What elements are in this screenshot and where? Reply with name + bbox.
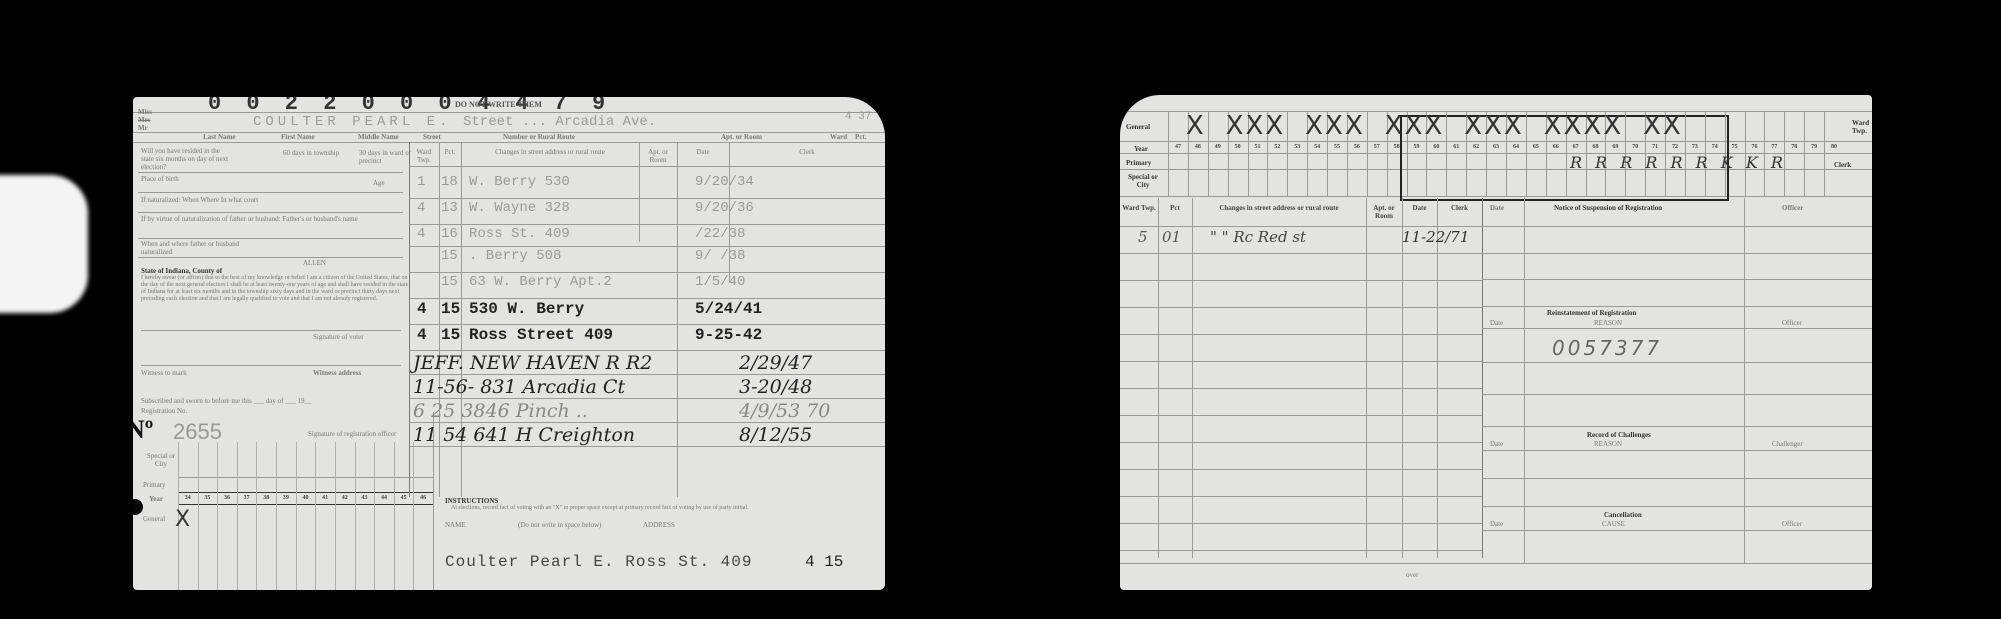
year-cell: 74 — [1705, 144, 1725, 150]
general-vote-mark: X — [1464, 111, 1482, 141]
year-cell: 68 — [1586, 144, 1606, 150]
address-cell: 63 W. Berry Apt.2 — [469, 274, 612, 290]
year-cell: 43 — [355, 495, 375, 501]
ward-cell: 4 — [417, 300, 427, 318]
suspension-officer-header: Officer — [1782, 204, 1803, 212]
table-row: 413W. Wayne 3289/20/36 — [409, 198, 885, 224]
grid-line — [315, 442, 316, 590]
year-cell: 38 — [256, 495, 276, 501]
table-header: Changes in street address or rural route — [1194, 204, 1364, 212]
label-first-name: First Name — [281, 133, 315, 141]
witness-address-label: Witness address — [313, 369, 361, 377]
label-street: Street — [423, 133, 441, 141]
year-cell: 77 — [1764, 144, 1784, 150]
pct-cell: 15 — [441, 326, 460, 344]
title-prefix-mr: Mr — [138, 124, 148, 132]
table-header: Date — [1404, 204, 1435, 212]
table-row: JEFF. NEW HAVEN R R22/29/47 — [409, 350, 885, 374]
table-row: 11-56- 831 Arcadia Ct3-20/48 — [409, 374, 885, 398]
reinstatement-reason-header: REASON — [1594, 319, 1622, 327]
voter-name-faded: COULTER PEARL E. — [253, 114, 451, 130]
question-when-where: When and where father or husband natural… — [141, 240, 241, 256]
grid-line — [355, 442, 356, 590]
general-vote-mark: X — [1226, 111, 1244, 141]
ward-label: Ward Twp. — [1852, 119, 1872, 135]
grid-line — [335, 442, 336, 590]
title-prefix-miss: Miss — [138, 108, 152, 116]
grid-line — [256, 442, 257, 590]
grid-line — [217, 442, 218, 590]
table-row: 118W. Berry 5309/20/34 — [409, 172, 885, 198]
grid-line — [1804, 111, 1805, 196]
table-row — [1120, 280, 1482, 307]
ward-cell: 4 — [417, 226, 425, 242]
date-cell: 1/5/40 — [695, 274, 745, 290]
instructions-title: INSTRUCTIONS — [445, 497, 498, 505]
year-cell: 72 — [1665, 144, 1685, 150]
question-naturalized: If naturalized: When Where In what court — [141, 196, 401, 204]
pct-cell: 18 — [441, 174, 458, 190]
address-cell: W. Berry 530 — [469, 174, 570, 190]
scan-artifact — [0, 175, 88, 313]
ward-cell: 1 — [417, 174, 425, 190]
year-cell: 71 — [1645, 144, 1665, 150]
challenges-title: Record of Challenges — [1587, 431, 1651, 439]
year-cell: 79 — [1804, 144, 1824, 150]
table-header: Ward Twp. — [411, 148, 437, 164]
year-cell: 58 — [1387, 144, 1407, 150]
reinstatement-officer-header: Officer — [1782, 319, 1802, 327]
cancellation-date-header: Date — [1490, 520, 1503, 528]
pct-cell: 16 — [441, 226, 458, 242]
year-cell: 53 — [1287, 144, 1307, 150]
pct-cell: 13 — [441, 200, 458, 216]
year-cell: 62 — [1466, 144, 1486, 150]
row-label-primary: Primary — [143, 481, 166, 489]
row-label-general: General — [1126, 123, 1150, 131]
table-row: 6 25 3846 Pinch ..4/9/53 70 — [409, 398, 885, 422]
year-cell: 60 — [1426, 144, 1446, 150]
general-vote-mark: X — [1643, 111, 1661, 141]
date-cell: 9/ /38 — [695, 248, 745, 264]
row-label-primary: Primary — [1126, 159, 1151, 167]
grid-line — [374, 442, 375, 590]
reinstatement-title: Reinstatement of Registration — [1547, 309, 1636, 317]
table-row — [1120, 442, 1482, 469]
general-vote-mark: X — [1484, 111, 1502, 141]
grid-line — [1208, 111, 1209, 196]
table-row — [1120, 469, 1482, 496]
year-cell: 35 — [198, 495, 218, 501]
general-vote-mark: X — [1186, 111, 1204, 141]
year-cell: 54 — [1307, 144, 1327, 150]
instructions-text: At elections, record fact of voting with… — [451, 505, 871, 512]
general-vote-mark: X — [1246, 111, 1264, 141]
row-divider — [1120, 550, 1482, 551]
table-row: 15. Berry 5089/ /38 — [409, 246, 885, 272]
table-row — [1120, 388, 1482, 415]
table-header: Clerk — [1439, 204, 1480, 212]
voter-address-faded: Street ... Arcadia Ave. — [463, 114, 656, 130]
year-cell: 40 — [296, 495, 316, 501]
grid-line — [1168, 111, 1169, 196]
address-cell: Ross St. 409 — [469, 226, 570, 242]
date-cell: 4/9/53 70 — [739, 400, 830, 422]
address-cell: 11 54 641 H Creighton — [413, 424, 635, 446]
table-row — [1120, 523, 1482, 550]
table-row — [1120, 307, 1482, 334]
general-vote-mark: X — [1345, 111, 1363, 141]
voter-registration-card-back: General Year Primary Special or City 474… — [1120, 95, 1872, 590]
year-cell: 57 — [1367, 144, 1387, 150]
table-header: Apt. or Room — [1368, 204, 1400, 220]
date-cell: 3-20/48 — [739, 376, 812, 398]
grid-line — [1526, 111, 1527, 196]
table-header: Clerk — [731, 148, 883, 156]
table-row: 501" " Rc Red st11-22/71 — [1120, 226, 1482, 253]
year-cell: 44 — [374, 495, 394, 501]
year-cell: 61 — [1446, 144, 1466, 150]
date-cell: 11-22/71 — [1402, 228, 1469, 246]
year-cell: 47 — [1168, 144, 1188, 150]
challenges-challenger-header: Challenger — [1772, 440, 1803, 448]
year-cell: 41 — [315, 495, 335, 501]
date-cell: 8/12/55 — [739, 424, 812, 446]
challenges-date-header: Date — [1490, 440, 1503, 448]
general-vote-mark: X — [175, 507, 190, 532]
general-vote-mark: X — [1663, 111, 1681, 141]
year-cell: 48 — [1188, 144, 1208, 150]
general-vote-mark: X — [1385, 111, 1403, 141]
label-pct: Pct. — [855, 133, 866, 141]
address-cell: W. Wayne 328 — [469, 200, 570, 216]
row-label-year: Year — [1134, 145, 1148, 153]
vote-record-grid: Special or City Primary Year General 343… — [133, 442, 433, 590]
row-label-special: Special or City — [1128, 173, 1158, 189]
year-cell: 80 — [1824, 144, 1844, 150]
grid-line — [1367, 111, 1368, 196]
date-cell: 2/29/47 — [739, 352, 812, 374]
table-row: 415Ross Street 4099-25-42 — [409, 324, 885, 350]
number-mark: Nº — [133, 415, 153, 445]
date-cell: /22/38 — [695, 226, 745, 242]
general-vote-mark: X — [1584, 111, 1602, 141]
year-cell: 63 — [1486, 144, 1506, 150]
date-cell: 9/20/36 — [695, 200, 754, 216]
row-label-special: Special or City — [146, 452, 176, 468]
row-label-general: General — [143, 515, 165, 523]
suspension-title: Notice of Suspension of Registration — [1554, 204, 1662, 212]
year-cell: 56 — [1347, 144, 1367, 150]
year-cell: 49 — [1208, 144, 1228, 150]
year-cell: 73 — [1685, 144, 1705, 150]
year-cell: 75 — [1725, 144, 1745, 150]
date-cell: 9/20/34 — [695, 174, 754, 190]
witness-label: Witness to mark — [141, 369, 187, 377]
address-cell: " " Rc Red st — [1210, 228, 1306, 246]
suspension-date-header: Date — [1490, 204, 1504, 212]
grid-line — [237, 442, 238, 590]
year-cell: 34 — [178, 495, 198, 501]
general-vote-mark: X — [1325, 111, 1343, 141]
table-row — [1120, 415, 1482, 442]
pct-cell: 15 — [441, 248, 458, 264]
label-middle-name: Middle Name — [358, 133, 399, 141]
subscribed-label: Subscribed and sworn to before me this _… — [141, 397, 401, 405]
address-cell: 11-56- 831 Arcadia Ct — [413, 376, 625, 398]
date-cell: 5/24/41 — [695, 300, 762, 318]
grid-line — [1287, 111, 1288, 196]
general-vote-mark: X — [1564, 111, 1582, 141]
grid-line — [1446, 111, 1447, 196]
year-cell: 59 — [1407, 144, 1427, 150]
table-row: 416Ross St. 409/22/38 — [409, 224, 885, 246]
year-cell: 36 — [217, 495, 237, 501]
table-row — [1120, 334, 1482, 361]
general-vote-mark: X — [1504, 111, 1522, 141]
address-label: ADDRESS — [643, 521, 675, 529]
table-header: Changes in street address or rural route — [463, 148, 637, 156]
pct-cell: 15 — [441, 300, 460, 318]
table-row: 415530 W. Berry5/24/41 — [409, 298, 885, 324]
table-header: Date — [679, 148, 727, 156]
address-cell: 530 W. Berry — [469, 300, 584, 318]
general-vote-mark: X — [1265, 111, 1283, 141]
table-row — [1120, 253, 1482, 280]
address-changes-table: Ward Twp.Pct.Changes in street address o… — [409, 142, 885, 497]
table-row: 11 54 641 H Creighton8/12/55 — [409, 422, 885, 446]
question-place-of-birth: Place of birth — [141, 175, 181, 183]
row-divider — [409, 446, 885, 447]
oath-text: I hereby swear (or affirm) that to the b… — [141, 275, 409, 303]
year-cell: 55 — [1327, 144, 1347, 150]
general-vote-mark: X — [1405, 111, 1423, 141]
year-cell: 70 — [1625, 144, 1645, 150]
vote-record-grid: General Year Primary Special or City 474… — [1120, 103, 1872, 198]
label-last-name: Last Name — [203, 133, 235, 141]
voter-registration-card-front: 0 0 2 2 0 0 0 4 4 7 9 DO NOT WRITE THEM … — [133, 97, 885, 590]
label-ward: Ward — [830, 133, 847, 141]
address-cell: Ross Street 409 — [469, 326, 613, 344]
table-header: Pct. — [441, 148, 459, 156]
year-cell: 50 — [1228, 144, 1248, 150]
cancellation-title: Cancellation — [1604, 511, 1642, 519]
table-header: Ward Twp. — [1122, 204, 1156, 212]
do-not-write-label: (Do not write in space below) — [518, 521, 601, 529]
label-apt: Apt. or Room — [721, 133, 762, 141]
ward-cell: 4 — [417, 200, 425, 216]
header-notice: DO NOT WRITE THEM — [455, 100, 542, 109]
table-row — [1120, 496, 1482, 523]
question-resided: Will you have resided in the state six m… — [141, 147, 231, 171]
year-cell: 37 — [237, 495, 257, 501]
name-label: NAME — [445, 521, 466, 529]
footer-typed-name-address: Coulter Pearl E. Ross St. 409 — [445, 553, 752, 571]
general-vote-mark: X — [1424, 111, 1442, 141]
date-cell: 9-25-42 — [695, 326, 762, 344]
county-name: ALLEN — [303, 259, 326, 267]
footer-ward-pct: 4 15 — [805, 553, 843, 571]
ward-cell: 5 — [1138, 228, 1148, 246]
pct-cell: 15 — [441, 274, 458, 290]
cancellation-cause-header: CAUSE — [1602, 520, 1625, 528]
address-cell: 6 25 3846 Pinch .. — [413, 400, 588, 422]
general-vote-mark: X — [1544, 111, 1562, 141]
table-header: Pct — [1160, 204, 1190, 212]
year-cell: 52 — [1267, 144, 1287, 150]
table-row — [1120, 361, 1482, 388]
year-cell: 64 — [1506, 144, 1526, 150]
registration-no-label: Registration No. — [141, 407, 187, 415]
year-cell: 42 — [335, 495, 355, 501]
table-row: 1563 W. Berry Apt.21/5/40 — [409, 272, 885, 298]
year-cell: 39 — [276, 495, 296, 501]
registration-officer-label: Signature of registration officer — [308, 430, 396, 438]
grid-line — [394, 442, 395, 590]
general-vote-mark: X — [1305, 111, 1323, 141]
reinstatement-date-header: Date — [1490, 319, 1503, 327]
registration-status-sections: Date Notice of Suspension of Registratio… — [1482, 198, 1872, 563]
challenges-reason-header: REASON — [1594, 440, 1622, 448]
title-prefix-mrs: Mrs — [138, 116, 150, 124]
reinstatement-stamp-number: 0057377 — [1552, 336, 1662, 360]
year-cell: 51 — [1248, 144, 1268, 150]
signature-label: Signature of voter — [313, 333, 364, 341]
footer-over-label: over — [1406, 571, 1418, 579]
primary-marks-handwritten: R R R R R R K K R — [1570, 153, 1787, 172]
oath-title: State of Indiana, County of — [141, 267, 222, 275]
ward-pct-top: 4 37 — [845, 111, 871, 123]
grid-line — [296, 442, 297, 590]
grid-line — [1824, 111, 1825, 196]
year-cell: 69 — [1605, 144, 1625, 150]
address-cell: . Berry 508 — [469, 248, 561, 264]
question-father-husband: If by virtue of naturalization of father… — [141, 215, 401, 223]
question-days-township: 60 days in township — [283, 149, 353, 157]
address-changes-table: Ward Twp.PctChanges in street address or… — [1120, 198, 1480, 563]
year-cell: 66 — [1546, 144, 1566, 150]
question-age: Age — [373, 179, 385, 187]
year-cell: 65 — [1526, 144, 1546, 150]
label-number: Number or Rural Route — [503, 133, 575, 141]
clerk-label: Clerk — [1834, 161, 1851, 169]
grid-line — [198, 442, 199, 590]
header-divider — [409, 166, 885, 167]
general-vote-mark: X — [1603, 111, 1621, 141]
row-label-year: Year — [149, 495, 163, 503]
cancellation-officer-header: Officer — [1782, 520, 1802, 528]
year-cell: 78 — [1784, 144, 1804, 150]
year-cell: 76 — [1745, 144, 1765, 150]
year-cell: 67 — [1566, 144, 1586, 150]
ward-cell: 4 — [417, 326, 427, 344]
pct-cell: 01 — [1162, 228, 1181, 246]
address-cell: JEFF. NEW HAVEN R R2 — [413, 352, 652, 374]
grid-line — [276, 442, 277, 590]
table-header: Apt. or Room — [641, 148, 675, 164]
